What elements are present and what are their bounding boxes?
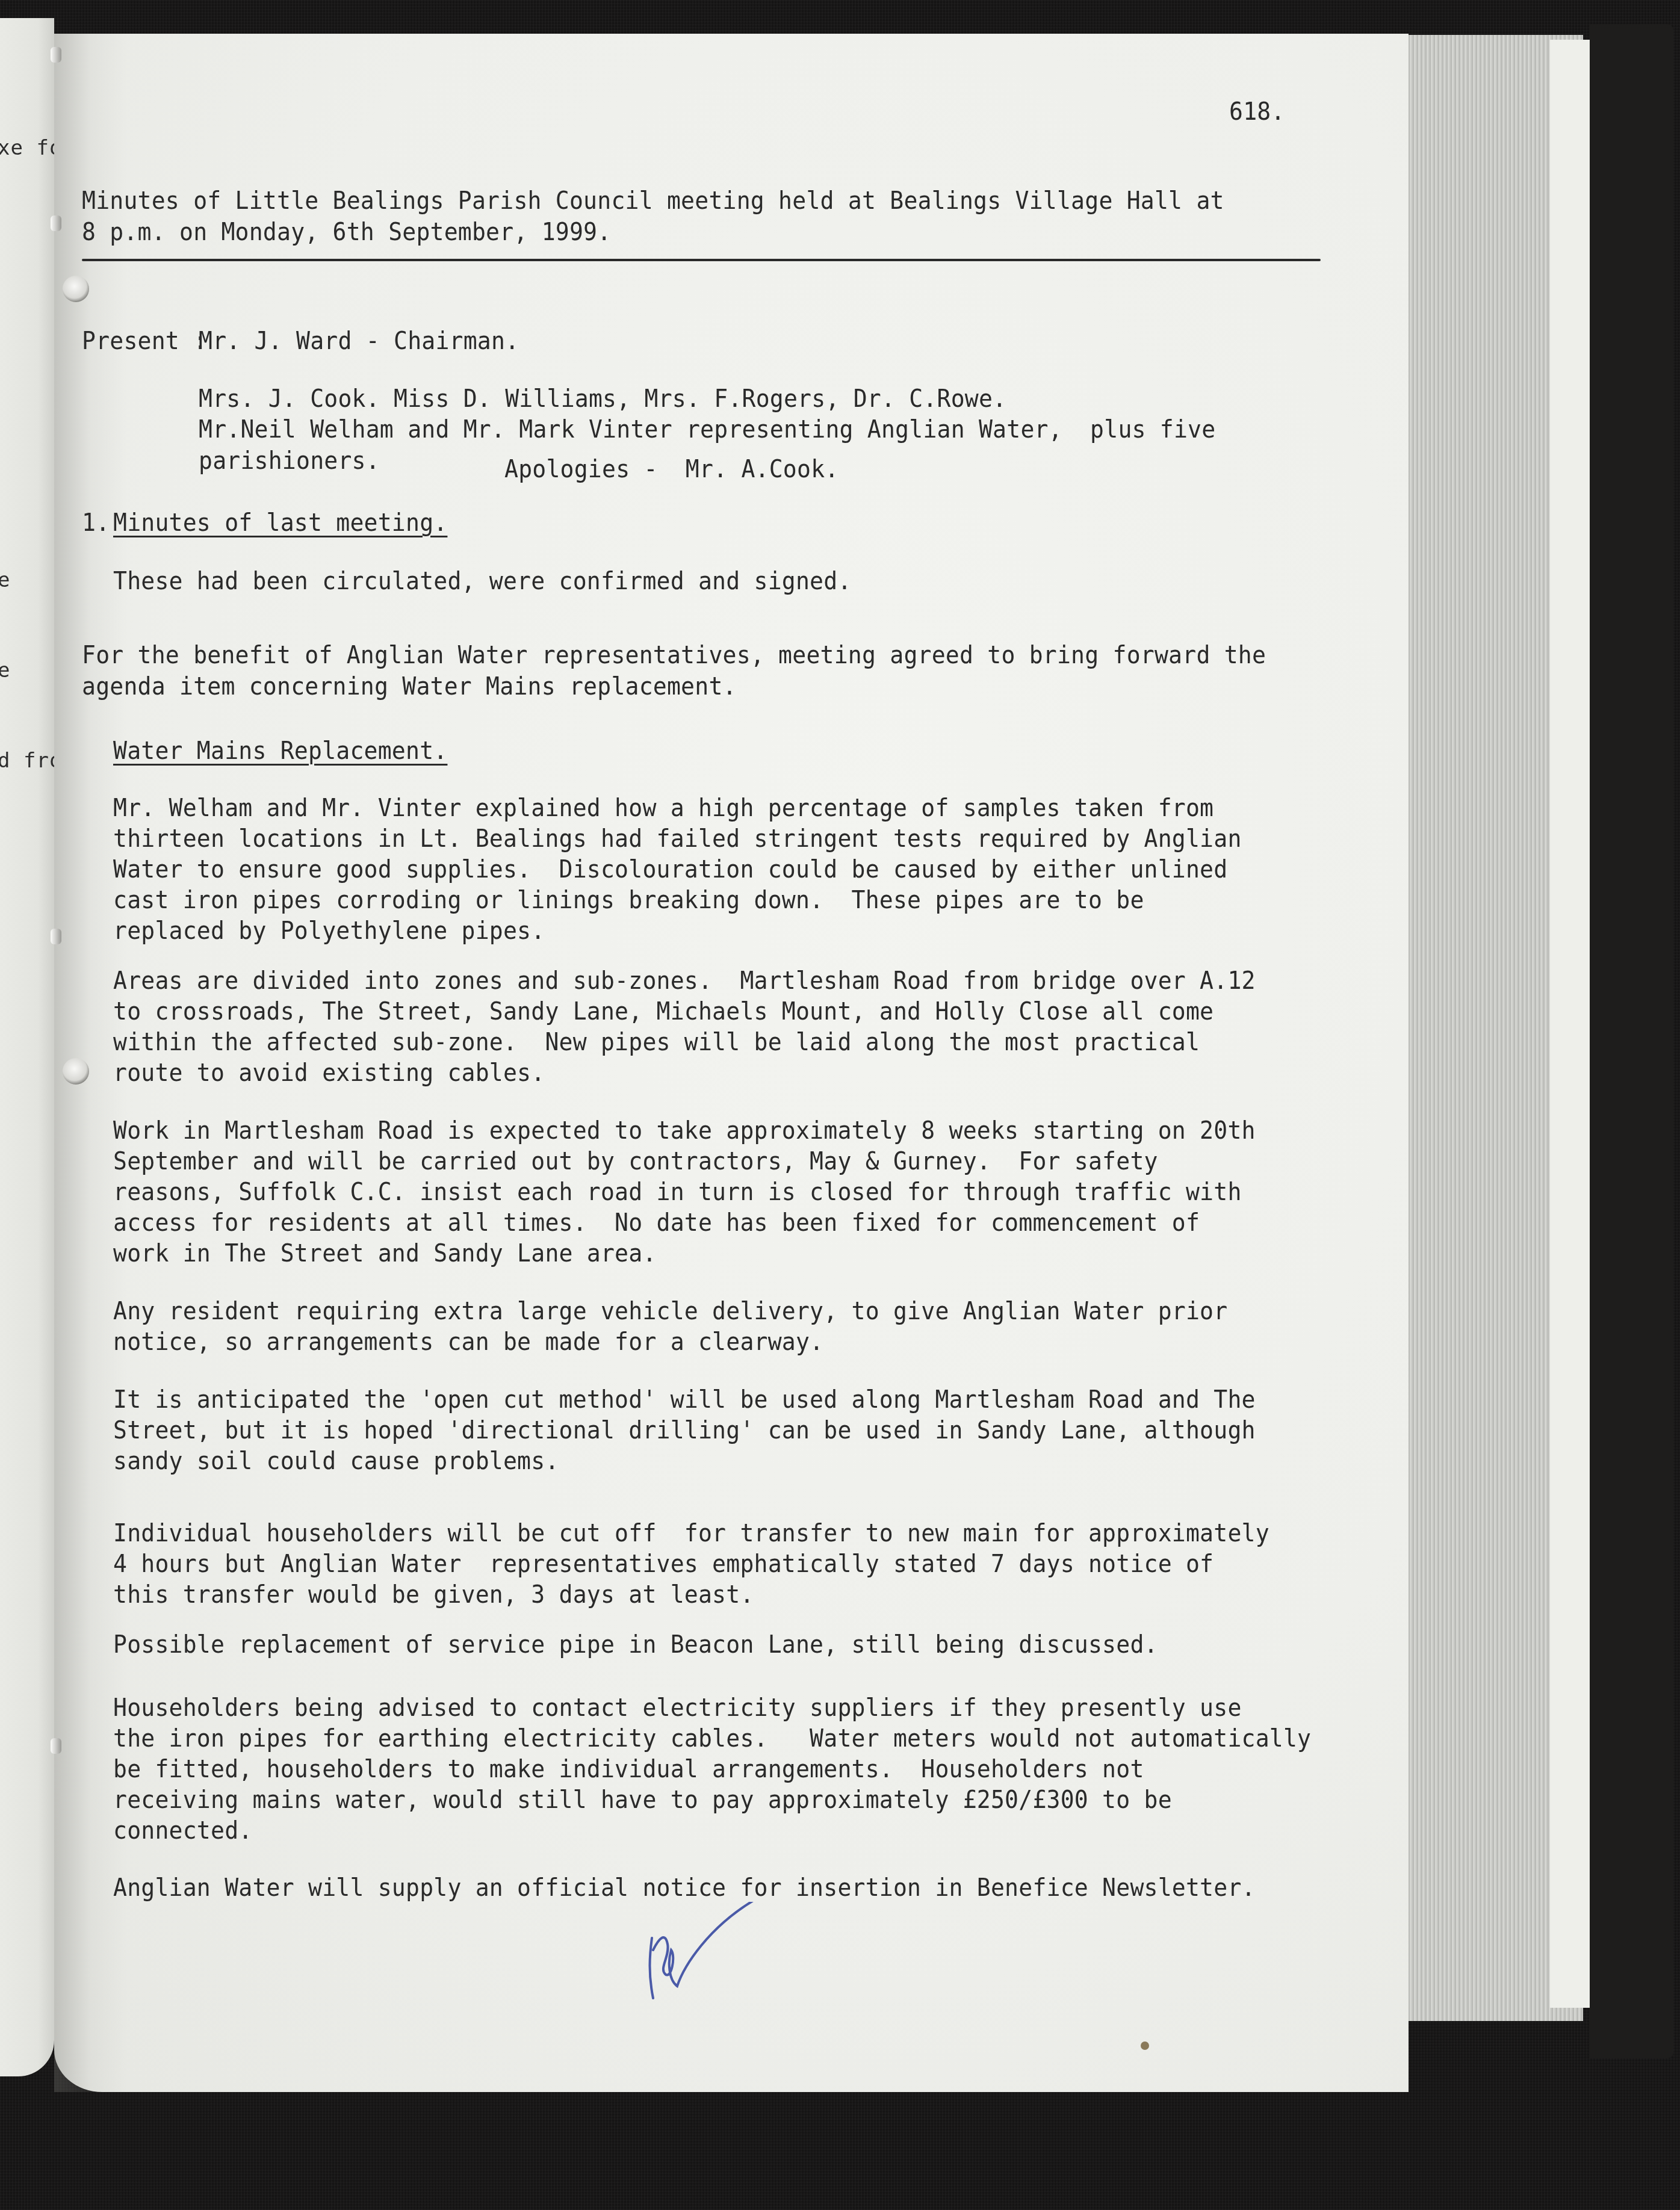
endpaper — [1550, 40, 1590, 2008]
paragraph-line: Work in Martlesham Road is expected to t… — [113, 1115, 1256, 1146]
paragraph-line: replaced by Polyethylene pipes. — [113, 915, 545, 946]
note-line-1: For the benefit of Anglian Water represe… — [82, 640, 1266, 670]
paragraph-line: 4 hours but Anglian Water representative… — [113, 1549, 1214, 1579]
header-rule — [82, 259, 1321, 261]
binding-ring — [51, 929, 61, 944]
paragraph-line: notice, so arrangements can be made for … — [113, 1326, 823, 1357]
section-heading-water-mains: Water Mains Replacement. — [113, 735, 447, 766]
previous-page-fragment: xe for e e d from — [0, 18, 54, 2076]
paragraph-line: Individual householders will be cut off … — [113, 1518, 1269, 1549]
paragraph-line: Anglian Water will supply an official no… — [113, 1872, 1256, 1903]
paragraph-line: Householders being advised to contact el… — [113, 1692, 1242, 1723]
note-line-2: agenda item concerning Water Mains repla… — [82, 671, 737, 702]
item-text: These had been circulated, were confirme… — [113, 566, 852, 596]
paragraph-line: connected. — [113, 1815, 252, 1846]
present-guests-1: Mr.Neil Welham and Mr. Mark Vinter repre… — [199, 414, 1215, 445]
paragraph-line: receiving mains water, would still have … — [113, 1784, 1172, 1815]
paragraph-line: September and will be carried out by con… — [113, 1146, 1158, 1177]
header-line-2: 8 p.m. on Monday, 6th September, 1999. — [82, 217, 611, 247]
paragraph-line: work in The Street and Sandy Lane area. — [113, 1238, 657, 1269]
apologies: Apologies - Mr. A.Cook. — [504, 454, 838, 484]
paragraph-line: be fitted, householders to make individu… — [113, 1754, 1144, 1784]
present-members: Mrs. J. Cook. Miss D. Williams, Mrs. F.R… — [199, 383, 1006, 414]
present-guests-2: parishioners. — [199, 445, 380, 476]
left-fragment: e — [0, 658, 10, 682]
paragraph-line: this transfer would be given, 3 days at … — [113, 1579, 754, 1610]
paragraph-line: Street, but it is hoped 'directional dri… — [113, 1415, 1256, 1446]
paragraph-line: Any resident requiring extra large vehic… — [113, 1296, 1227, 1326]
paragraph-line: Areas are divided into zones and sub-zon… — [113, 965, 1256, 996]
punch-hole — [63, 276, 89, 302]
item-number: 1. — [82, 507, 110, 538]
paragraph-line: Possible replacement of service pipe in … — [113, 1629, 1158, 1660]
item-heading-minutes: Minutes of last meeting. — [113, 507, 447, 538]
paragraph-line: sandy soil could cause problems. — [113, 1446, 559, 1476]
paper-mark — [1141, 2041, 1149, 2050]
signature-icon — [641, 1902, 773, 2010]
present-label: Present : — [82, 326, 207, 356]
left-fragment: e — [0, 568, 10, 592]
binding-ring — [51, 47, 61, 63]
binding-ring — [51, 1738, 61, 1754]
present-chairman: Mr. J. Ward - Chairman. — [199, 326, 519, 356]
header-line-1: Minutes of Little Bealings Parish Counci… — [82, 185, 1224, 216]
paragraph-line: Mr. Welham and Mr. Vinter explained how … — [113, 793, 1214, 823]
paragraph-line: to crossroads, The Street, Sandy Lane, M… — [113, 996, 1214, 1027]
binding-ring — [51, 215, 61, 231]
paragraph-line: cast iron pipes corroding or linings bre… — [113, 885, 1144, 915]
punch-hole — [63, 1058, 89, 1085]
paragraph-line: within the affected sub-zone. New pipes … — [113, 1027, 1200, 1057]
paragraph-line: route to avoid existing cables. — [113, 1057, 545, 1088]
inner-cover — [1589, 24, 1673, 2058]
paragraph-line: reasons, Suffolk C.C. insist each road i… — [113, 1177, 1242, 1207]
paragraph-line: access for residents at all times. No da… — [113, 1207, 1200, 1238]
paragraph-line: thirteen locations in Lt. Bealings had f… — [113, 823, 1242, 854]
page-number: 618. — [1229, 96, 1285, 127]
paragraph-line: Water to ensure good supplies. Discolour… — [113, 854, 1227, 885]
paragraph-line: It is anticipated the 'open cut method' … — [113, 1384, 1256, 1415]
paragraph-line: the iron pipes for earthing electricity … — [113, 1723, 1311, 1754]
